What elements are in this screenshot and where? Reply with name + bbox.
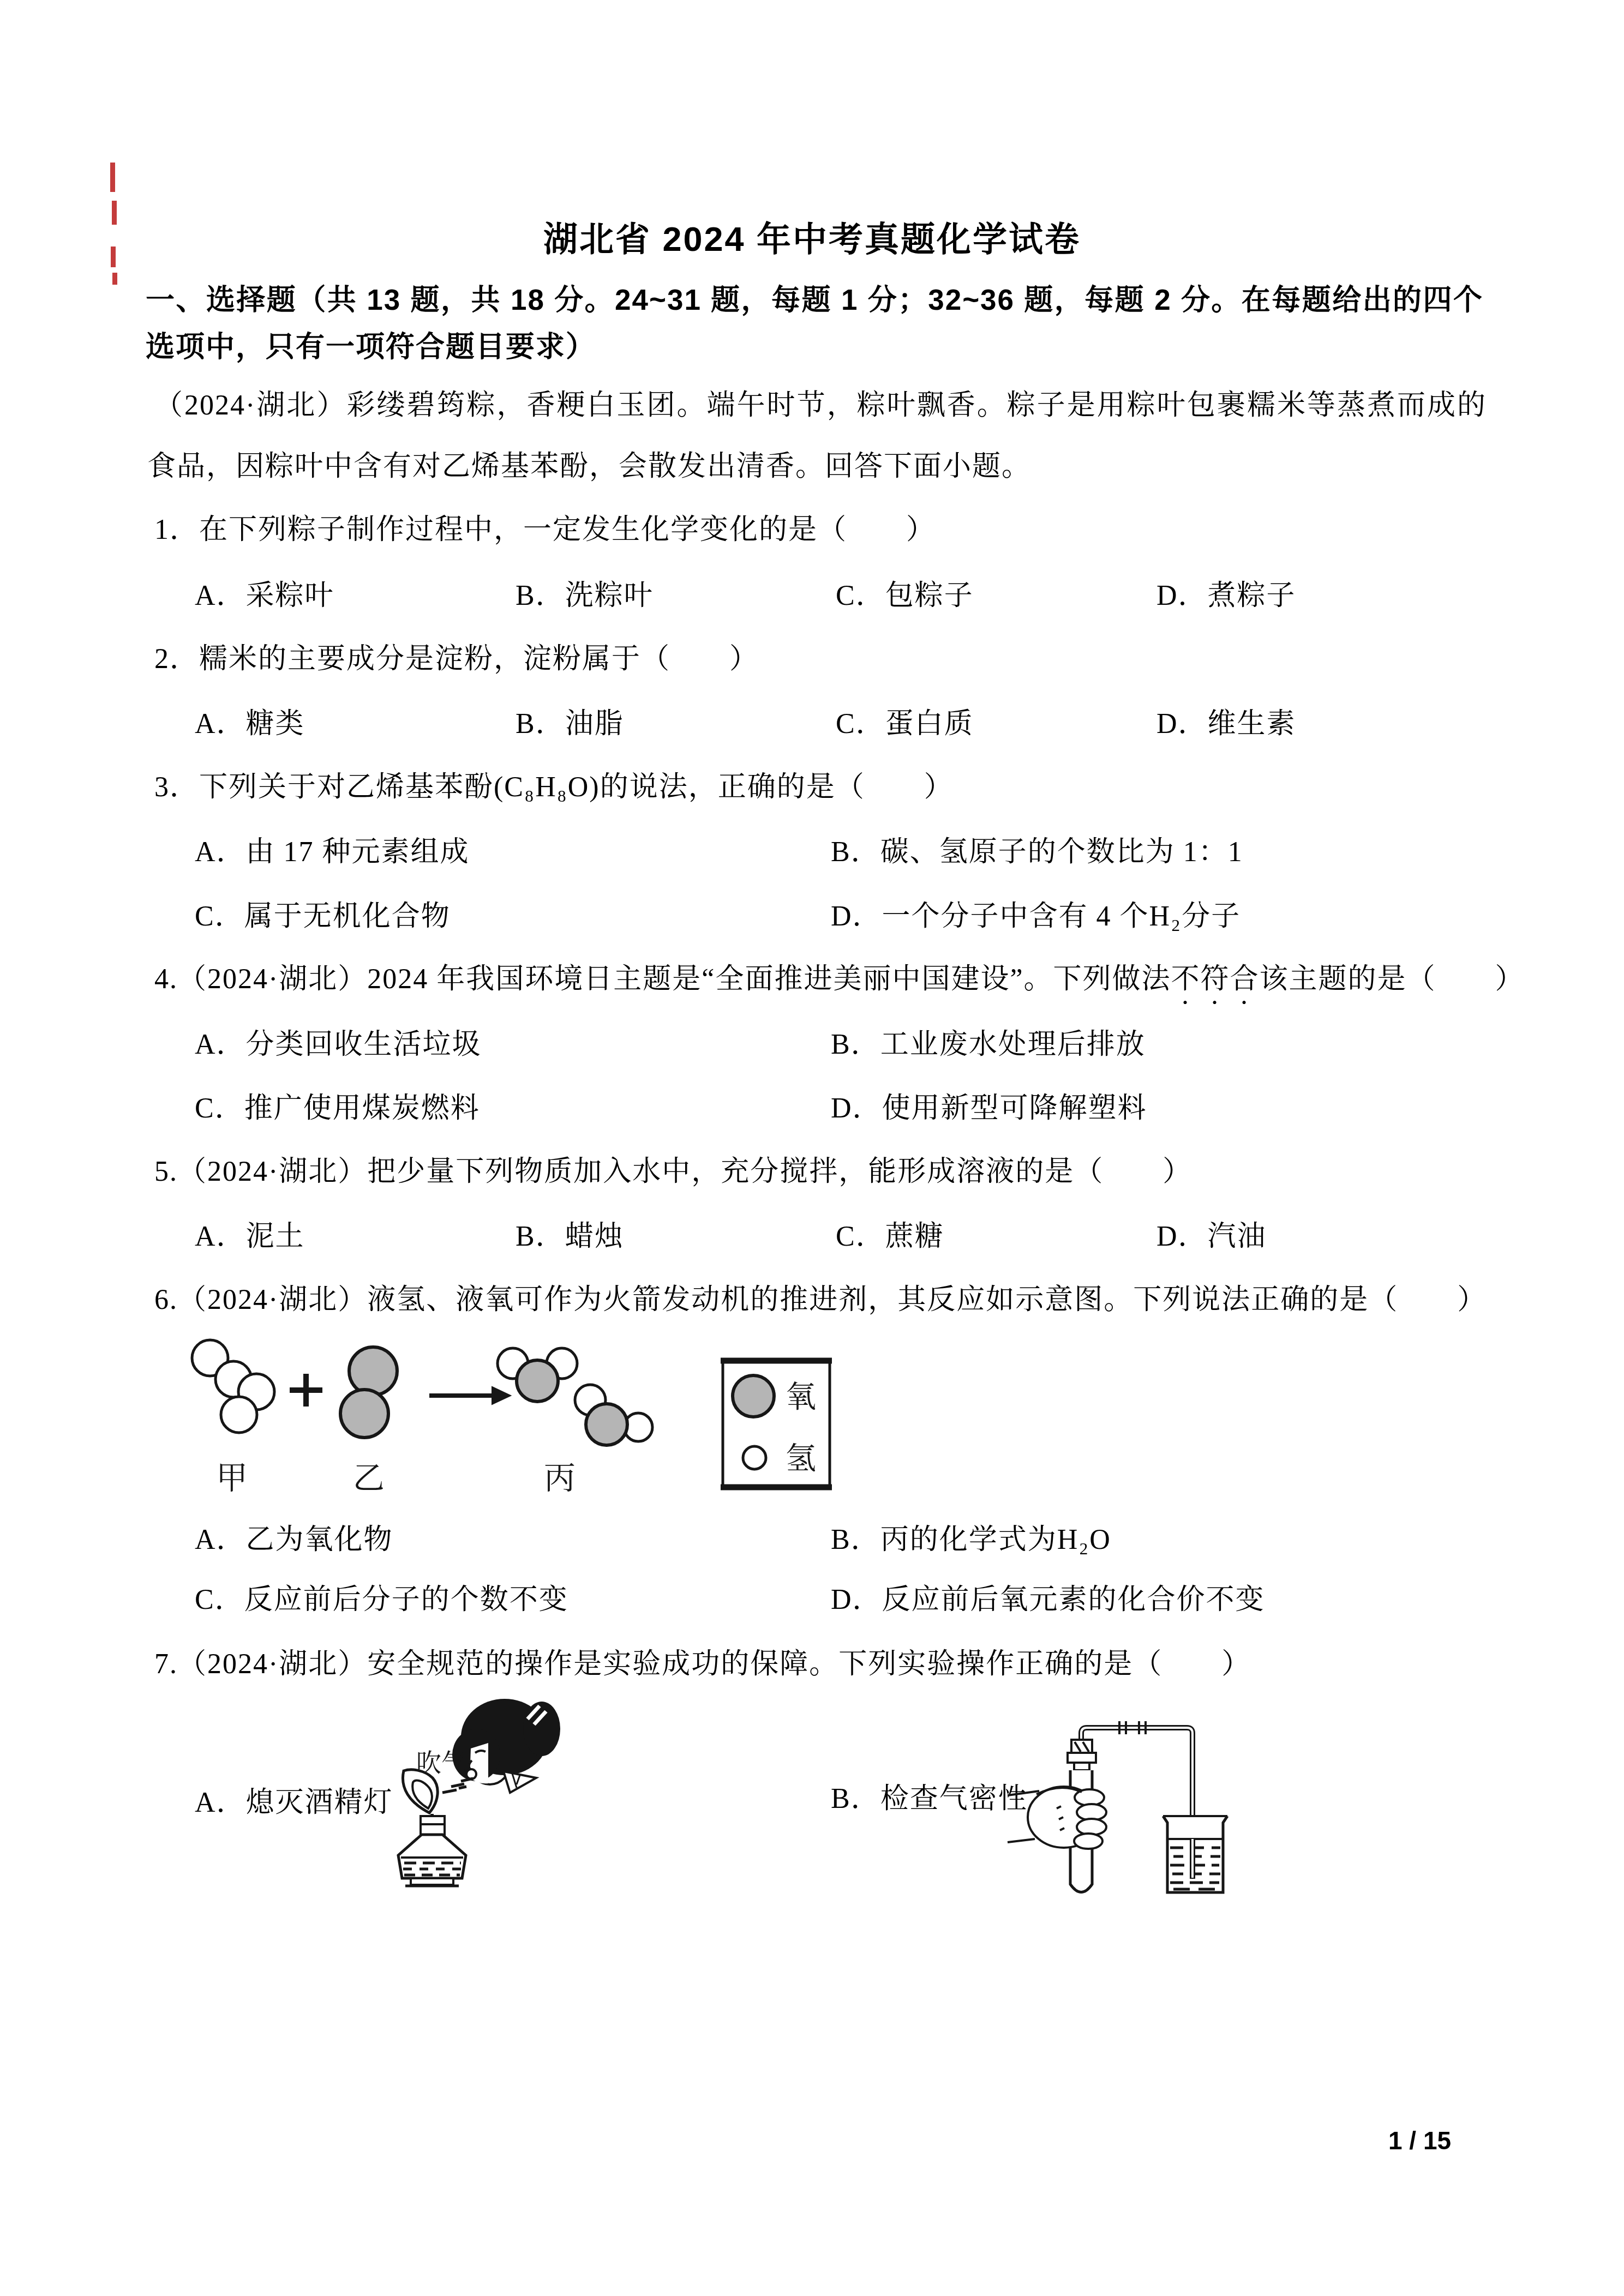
q3-option-b: B．碳、氢原子的个数比为 1：1 bbox=[831, 833, 1243, 872]
q5-option-c: C．蔗糖 bbox=[836, 1217, 944, 1257]
question-5-options: A．泥土 B．蜡烛 C．蔗糖 D．汽油 bbox=[147, 1217, 1489, 1258]
q7-option-a-label: A．熄灭酒精灯 bbox=[195, 1779, 393, 1820]
question-2-options: A．糖类 B．油脂 C．蛋白质 D．维生素 bbox=[147, 705, 1489, 745]
question-5-stem: 5.（2024·湖北）把少量下列物质加入水中，充分搅拌，能形成溶液的是（ ） bbox=[147, 1152, 1518, 1192]
q3-option-a: A．由 17 种元素组成 bbox=[195, 833, 470, 872]
q4-option-d: D．使用新型可降解塑料 bbox=[831, 1089, 1147, 1128]
question-6-stem: 6.（2024·湖北）液氢、液氧可作为火箭发动机的推进剂，其反应如示意图。下列说… bbox=[147, 1281, 1518, 1320]
water-molecules-group bbox=[498, 1348, 652, 1445]
q4-stem-pre: 4.（2024·湖北）2024 年我国环境日主题是“全面推进美丽中国建设”。下列… bbox=[154, 964, 1171, 995]
q5-option-b: B．蜡烛 bbox=[516, 1217, 624, 1257]
plus-sign bbox=[290, 1374, 322, 1407]
question-2-stem: 2．糯米的主要成分是淀粉，淀粉属于（ ） bbox=[147, 640, 1518, 679]
label-bing: 丙 bbox=[544, 1460, 576, 1496]
intro-passage: （2024·湖北）彩缕碧筠粽，香粳白玉团。端午时节，粽叶飘香。粽子是用粽叶包裹糯… bbox=[147, 375, 1487, 497]
stopper bbox=[1068, 1740, 1096, 1770]
q4-stem-emphasized: 不符合 bbox=[1171, 964, 1259, 995]
q2-option-b: B．油脂 bbox=[516, 705, 624, 744]
margin-scan-mark bbox=[112, 273, 117, 285]
q1-option-a: A．采粽叶 bbox=[195, 576, 334, 616]
question-6-options-ab: A．乙为氧化物 B．丙的化学式为H₂O bbox=[147, 1520, 1489, 1561]
legend-oxygen-label: 氧 bbox=[786, 1380, 816, 1414]
legend-hydrogen-label: 氢 bbox=[786, 1442, 816, 1476]
q3-option-c: C．属于无机化合物 bbox=[195, 897, 451, 936]
q4-option-b: B．工业废水处理后排放 bbox=[831, 1025, 1146, 1065]
q5-option-a: A．泥土 bbox=[195, 1217, 305, 1257]
q4-option-c: C．推广使用煤炭燃料 bbox=[195, 1089, 480, 1128]
label-jia: 甲 bbox=[216, 1460, 248, 1496]
q2-option-c: C．蛋白质 bbox=[836, 705, 974, 744]
section-heading: 一、选择题（共 13 题，共 18 分。24~31 题，每题 1 分；32~36… bbox=[146, 277, 1483, 371]
q7-option-b-label: B．检查气密性 bbox=[831, 1775, 1028, 1816]
q4-stem-post: 该主题的是（ ） bbox=[1260, 964, 1525, 995]
blow-dashes bbox=[442, 1778, 473, 1793]
q1-option-c: C．包粽子 bbox=[836, 576, 974, 616]
question-1-options: A．采粽叶 B．洗粽叶 C．包粽子 D．煮粽子 bbox=[147, 576, 1489, 617]
q1-option-d: D．煮粽子 bbox=[1156, 576, 1296, 616]
hydrogen-molecules-group bbox=[192, 1340, 274, 1433]
q1-option-b: B．洗粽叶 bbox=[516, 576, 654, 616]
lamp-base bbox=[411, 1878, 453, 1885]
question-3-options-ab: A．由 17 种元素组成 B．碳、氢原子的个数比为 1：1 bbox=[147, 833, 1489, 873]
question-3-stem: 3．下列关于对乙烯基苯酚(C₈H₈O)的说法，正确的是（ ） bbox=[147, 768, 1518, 807]
page-number: 1 / 15 bbox=[1388, 2126, 1497, 2155]
legend-oxygen-atom-icon bbox=[733, 1375, 774, 1417]
alcohol-lamp bbox=[398, 1814, 466, 1886]
flame-icon bbox=[403, 1770, 438, 1813]
q5-option-d: D．汽油 bbox=[1156, 1217, 1267, 1257]
q6-option-c: C．反应前后分子的个数不变 bbox=[195, 1580, 568, 1620]
q2-option-a: A．糖类 bbox=[195, 705, 305, 744]
q6-option-d: D．反应前后氧元素的化合价不变 bbox=[831, 1580, 1265, 1620]
q2-option-d: D．维生素 bbox=[1156, 705, 1296, 744]
exam-paper-page: 湖北省 2024 年中考真题化学试卷 一、选择题（共 13 题，共 18 分。2… bbox=[0, 0, 1624, 2296]
question-1-stem: 1．在下列粽子制作过程中，一定发生化学变化的是（ ） bbox=[147, 510, 1518, 550]
legend-hydrogen-atom-icon bbox=[743, 1446, 766, 1469]
reaction-arrow bbox=[429, 1387, 511, 1404]
alcohol-lamp-illustration: 吹气 bbox=[379, 1691, 592, 1903]
question-4-stem: 4.（2024·湖北）2024 年我国环境日主题是“全面推进美丽中国建设”。下列… bbox=[147, 960, 1518, 1011]
legend-box: 氧 氢 bbox=[721, 1361, 832, 1487]
question-4-options-ab: A．分类回收生活垃圾 B．工业废水处理后排放 bbox=[147, 1025, 1489, 1066]
question-6-options-cd: C．反应前后分子的个数不变 D．反应前后氧元素的化合价不变 bbox=[147, 1580, 1489, 1621]
collar bbox=[504, 1771, 536, 1793]
oxygen-molecule-group bbox=[340, 1347, 397, 1438]
q3-option-d: D．一个分子中含有 4 个H₂分子 bbox=[831, 897, 1241, 936]
question-3-options-cd: C．属于无机化合物 D．一个分子中含有 4 个H₂分子 bbox=[147, 897, 1489, 937]
beaker bbox=[1163, 1816, 1227, 1892]
label-yi: 乙 bbox=[353, 1460, 385, 1496]
margin-scan-mark bbox=[110, 163, 115, 192]
hand bbox=[1008, 1787, 1106, 1849]
gas-tightness-illustration bbox=[1006, 1702, 1241, 1914]
q4-option-a: A．分类回收生活垃圾 bbox=[195, 1025, 482, 1065]
page-title: 湖北省 2024 年中考真题化学试卷 bbox=[0, 212, 1624, 261]
q6-option-b: B．丙的化学式为H₂O bbox=[831, 1520, 1111, 1560]
question-4-options-cd: C．推广使用煤炭燃料 D．使用新型可降解塑料 bbox=[147, 1089, 1489, 1129]
reaction-diagram: 甲 乙 丙 氧 氢 bbox=[185, 1331, 840, 1500]
question-7-stem: 7.（2024·湖北）安全规范的操作是实验成功的保障。下列实验操作正确的是（ ） bbox=[147, 1645, 1518, 1684]
q6-option-a: A．乙为氧化物 bbox=[195, 1520, 393, 1560]
